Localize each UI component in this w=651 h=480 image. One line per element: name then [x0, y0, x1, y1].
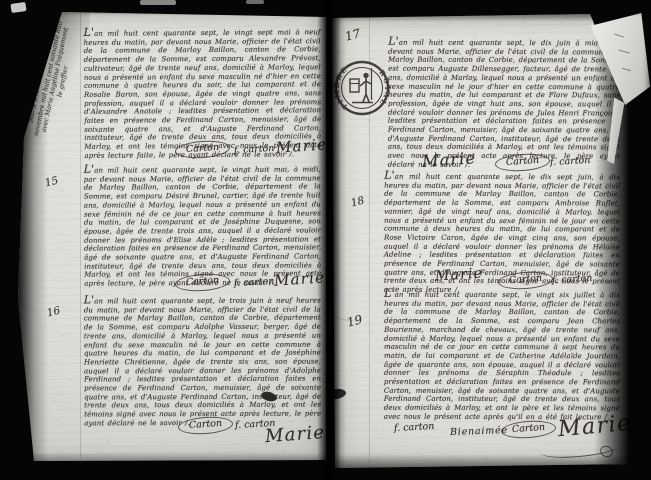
signature-clerk: f. carton	[394, 421, 435, 434]
signature-officer: Marie	[421, 148, 476, 171]
signature-clerk: f. carton	[234, 143, 275, 156]
paper-speck	[246, 0, 264, 4]
signature-officer: Marie	[275, 135, 327, 157]
signature-officer: Marie	[557, 411, 633, 442]
timbre-royal-stamp: TIMBRE ROYAL	[333, 54, 391, 122]
paper-speck	[140, 0, 176, 5]
record-number-19: 19	[346, 312, 364, 329]
signature-officer: Marie	[273, 268, 325, 290]
register-scan: Marié à Amiens le vingt neuf novembre mi…	[0, 0, 651, 480]
bottom-edge-shadow	[18, 452, 326, 468]
ink-blot	[325, 388, 346, 401]
paper-speck	[10, 2, 26, 13]
register-page-right: 17 TIMBRE ROYAL L'an	[332, 14, 628, 470]
birth-record-15: L'an mil huit cent quarante sept, le vin…	[84, 164, 322, 288]
marginal-annotation: Marié à Amiens le vingt neuf novembre mi…	[21, 0, 84, 161]
margin-rule-line	[80, 12, 81, 458]
signature-officer: Marie	[435, 265, 484, 284]
record-number-18: 18	[350, 195, 366, 210]
birth-record-19: L'an mil huit cent quarante sept, le vin…	[384, 290, 620, 422]
torn-page-ink-mark	[618, 50, 630, 54]
torn-page-ink-mark	[622, 68, 631, 72]
signature-witness: Bienaimée	[450, 425, 508, 438]
signature-officer: Marie	[264, 422, 326, 447]
signature-carton-oval: Carton	[500, 419, 556, 440]
birth-record-17: L'an mil huit cent quarante sept, le dix…	[388, 38, 620, 170]
torn-page-ink-mark	[614, 33, 624, 37]
marginal-annotation-line: avec Marie Angéline Fréquemont	[35, 1, 76, 159]
birth-record-16: L'an mil huit cent quarante sept, le tro…	[84, 296, 321, 428]
record-number-16: 16	[46, 305, 62, 320]
signature-clerk: f. carton	[550, 155, 591, 168]
register-page-left: Marié à Amiens le vingt neuf novembre mi…	[18, 8, 326, 468]
signature-clerk: f. carton	[234, 276, 275, 289]
top-edge-shadow	[332, 14, 628, 22]
signature-clerk: f. carton	[552, 273, 593, 286]
record-number-17: 17	[344, 26, 362, 43]
record-number-15: 15	[44, 175, 60, 190]
